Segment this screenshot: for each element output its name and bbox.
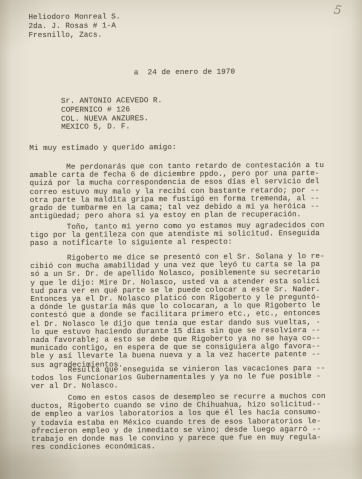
paragraph-2: Toño, tanto mi yerno como yo estamos muy…: [30, 222, 325, 249]
sender-address-block: Heliodoro Monreal S. 2da. J. Rosas # 1-A…: [28, 13, 120, 41]
paragraph-3: Rigoberto me dice se presentó con el Sr.…: [30, 253, 325, 370]
paragraph-5: Como en estos casos de desempleo se recu…: [31, 393, 326, 452]
paragraph-1: Me perdonarás que con tanto retardo de c…: [29, 162, 324, 221]
paragraph-4: Resulta que enseguida se vinieron las va…: [31, 365, 326, 392]
date-line: a 24 de enero de 1970: [134, 69, 235, 78]
salutation: Mi muy estimado y querido amigo:: [29, 144, 176, 153]
recipient-address-block: Sr. ANTONIO ACEVEDO R. COPERNICO # 126 C…: [61, 97, 162, 133]
letter-content: Heliodoro Monreal S. 2da. J. Rosas # 1-A…: [0, 0, 362, 479]
letter-page: 5 Heliodoro Monreal S. 2da. J. Rosas # 1…: [0, 0, 362, 479]
